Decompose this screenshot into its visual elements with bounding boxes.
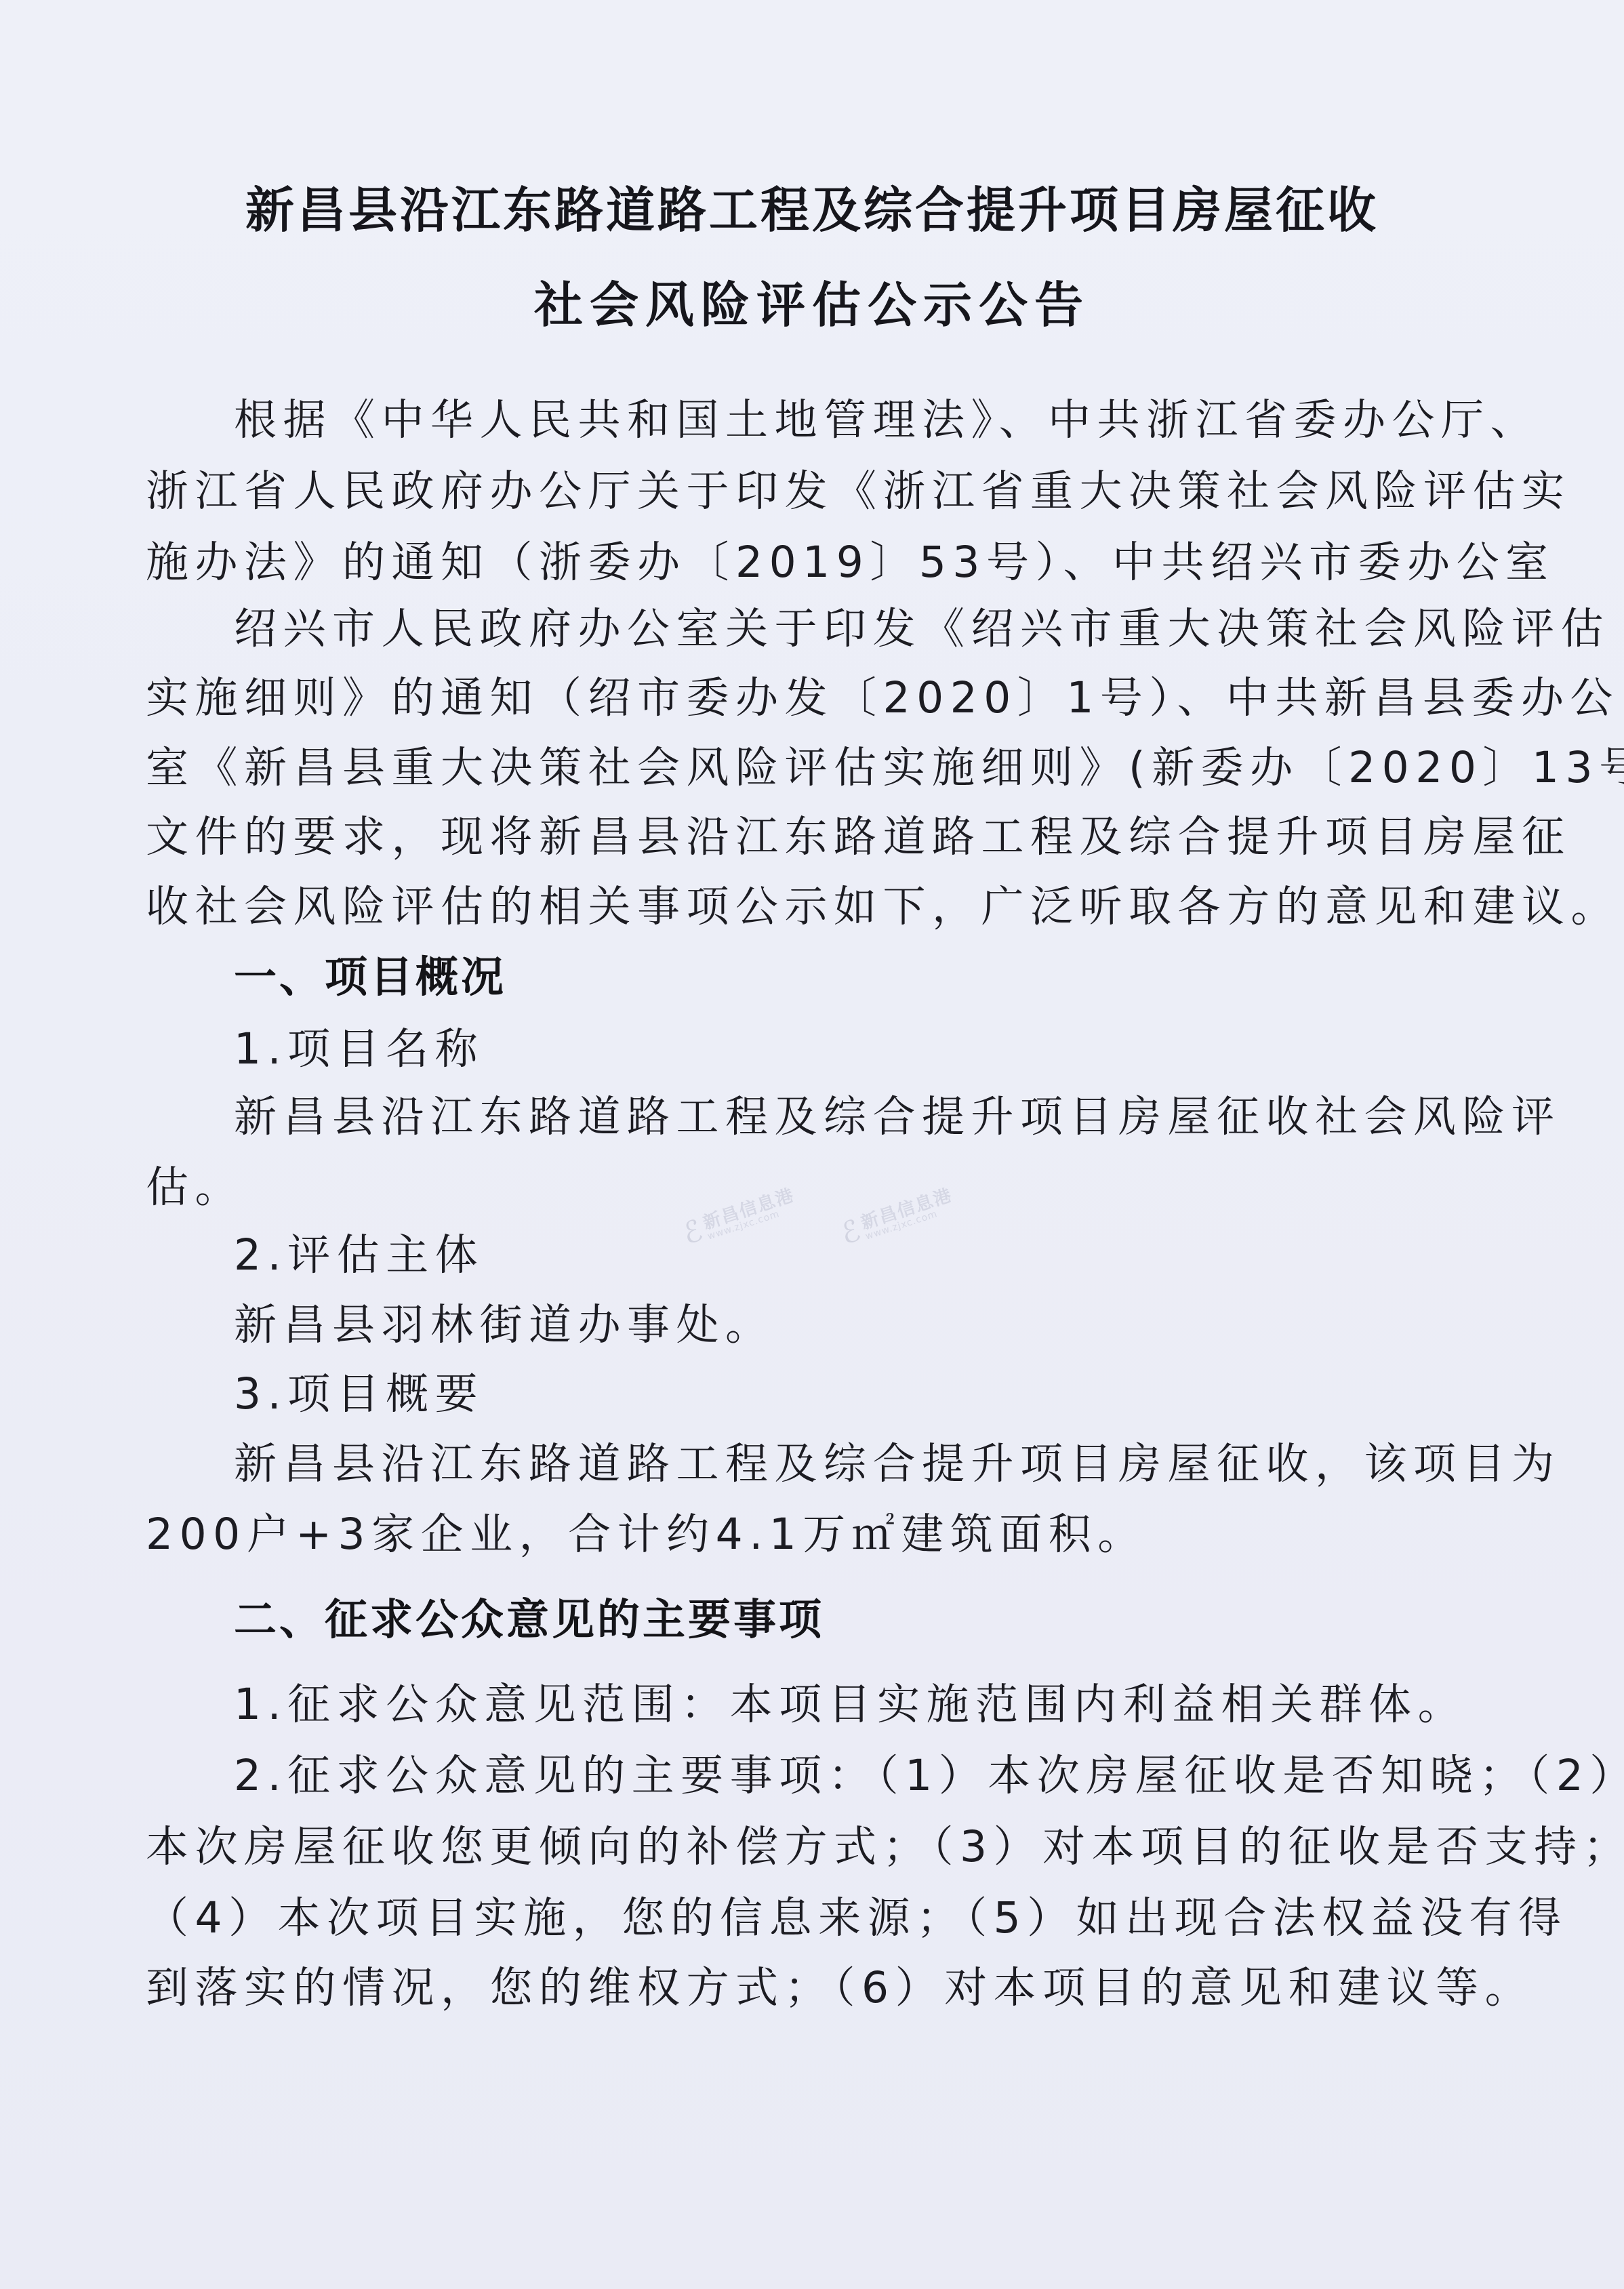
intro-line-4: 绍兴市人民政府办公室关于印发《绍兴市重大决策社会风险评估	[234, 602, 1484, 656]
intro-line-5: 实施细则》的通知（绍市委办发〔2020〕1号）、中共新昌县委办公	[146, 671, 1484, 725]
section-1-item-3-line-2: 200户+3家企业，合计约4.1万㎡建筑面积。	[146, 1507, 1484, 1562]
section-2-item-2-line-2: 本次房屋征收您更倾向的补偿方式；（3）对本项目的征收是否支持；	[146, 1820, 1484, 1874]
scanned-document-page: 新昌县沿江东路道路工程及综合提升项目房屋征收 社会风险评估公示公告 根据《中华人…	[0, 0, 1624, 2289]
document-title-line-2: 社会风险评估公示公告	[0, 266, 1624, 336]
section-2-heading: 二、征求公众意见的主要事项	[234, 1593, 824, 1647]
section-1-item-3-label: 3.项目概要	[234, 1367, 1484, 1421]
section-1-item-2-value: 新昌县羽林街道办事处。	[234, 1298, 1484, 1352]
intro-line-7: 文件的要求，现将新昌县沿江东路道路工程及综合提升项目房屋征	[146, 810, 1484, 864]
intro-line-2: 浙江省人民政府办公厅关于印发《浙江省重大决策社会风险评估实	[146, 464, 1484, 519]
section-1-item-1-line-1: 新昌县沿江东路道路工程及综合提升项目房屋征收社会风险评	[234, 1090, 1484, 1144]
section-1-item-1-label: 1.项目名称	[234, 1022, 1484, 1076]
section-1-item-1-line-2: 估。	[146, 1160, 1484, 1215]
section-1-item-3-line-1: 新昌县沿江东路道路工程及综合提升项目房屋征收，该项目为	[234, 1437, 1484, 1491]
intro-line-1: 根据《中华人民共和国土地管理法》、中共浙江省委办公厅、	[234, 393, 1484, 447]
section-1-item-2-label: 2.评估主体	[234, 1228, 1484, 1282]
intro-line-8: 收社会风险评估的相关事项公示如下，广泛听取各方的意见和建议。	[146, 880, 1484, 934]
intro-line-6: 室《新昌县重大决策社会风险评估实施细则》(新委办〔2020〕13号)	[146, 741, 1484, 795]
section-1-heading: 一、项目概况	[234, 950, 506, 1005]
section-2-item-1: 1.征求公众意见范围：本项目实施范围内利益相关群体。	[234, 1678, 1484, 1732]
section-2-item-2-line-1: 2.征求公众意见的主要事项：（1）本次房屋征收是否知晓；（2）	[234, 1749, 1484, 1803]
section-2-item-2-line-4: 到落实的情况，您的维权方式；（6）对本项目的意见和建议等。	[146, 1961, 1484, 2015]
section-2-item-2-line-3: （4）本次项目实施，您的信息来源；（5）如出现合法权益没有得	[146, 1891, 1484, 1945]
intro-line-3: 施办法》的通知（浙委办〔2019〕53号）、中共绍兴市委办公室	[146, 535, 1484, 590]
document-title-line-1: 新昌县沿江东路道路工程及综合提升项目房屋征收	[0, 171, 1624, 241]
